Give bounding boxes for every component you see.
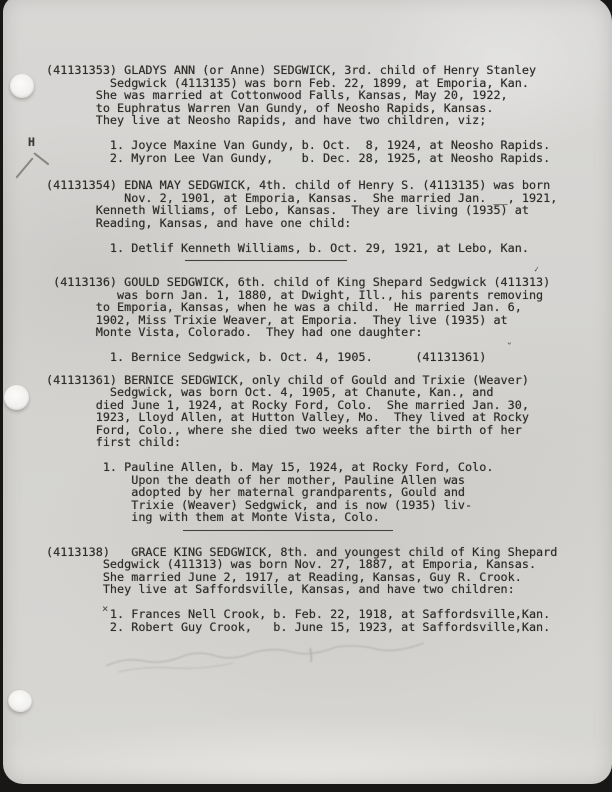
- section-paragraph: (4113136) GOULD SEDGWICK, 6th. child of …: [46, 276, 557, 339]
- section-divider: [183, 530, 393, 531]
- genealogy-section: (41131361) BERNICE SEDGWICK, only child …: [46, 374, 557, 531]
- section-paragraph: (4113138) GRACE KING SEDGWICK, 8th. and …: [46, 546, 557, 596]
- section-children-list: 1. Detlif Kenneth Williams, b. Oct. 29, …: [46, 242, 557, 255]
- section-children-list: 1. Pauline Allen, b. May 15, 1924, at Ro…: [46, 461, 557, 524]
- section-paragraph: (41131354) EDNA MAY SEDGWICK, 4th. child…: [46, 179, 557, 229]
- faint-pencil-annotation: [98, 642, 498, 676]
- section-divider: [185, 260, 347, 261]
- punch-hole-bottom: [7, 688, 34, 713]
- margin-letter-annotation: H: [28, 135, 35, 149]
- section-children-list: 1. Bernice Sedgwick, b. Oct. 4, 1905. (4…: [46, 351, 557, 364]
- genealogy-section: (4113136) GOULD SEDGWICK, 6th. child of …: [46, 276, 557, 364]
- scanned-document-page: H ✓ ˇ × (41131353) GLADYS ANN (or Anne) …: [3, 0, 612, 784]
- genealogy-section: (41131354) EDNA MAY SEDGWICK, 4th. child…: [46, 179, 557, 261]
- section-children-list: 1. Joyce Maxine Van Gundy, b. Oct. 8, 19…: [46, 139, 557, 164]
- section-children-list: 1. Frances Nell Crook, b. Feb. 22, 1918,…: [46, 608, 557, 633]
- pencil-caret-stroke-left: [15, 157, 33, 178]
- punch-hole-middle: [4, 385, 29, 410]
- section-paragraph: (41131361) BERNICE SEDGWICK, only child …: [46, 374, 557, 449]
- genealogy-sections: (41131353) GLADYS ANN (or Anne) SEDGWICK…: [46, 64, 557, 633]
- punch-hole-top: [10, 74, 34, 98]
- genealogy-section: (4113138) GRACE KING SEDGWICK, 8th. and …: [46, 546, 557, 634]
- section-paragraph: (41131353) GLADYS ANN (or Anne) SEDGWICK…: [46, 64, 557, 127]
- genealogy-section: (41131353) GLADYS ANN (or Anne) SEDGWICK…: [46, 64, 557, 164]
- typewritten-text-block: (41131353) GLADYS ANN (or Anne) SEDGWICK…: [46, 64, 557, 648]
